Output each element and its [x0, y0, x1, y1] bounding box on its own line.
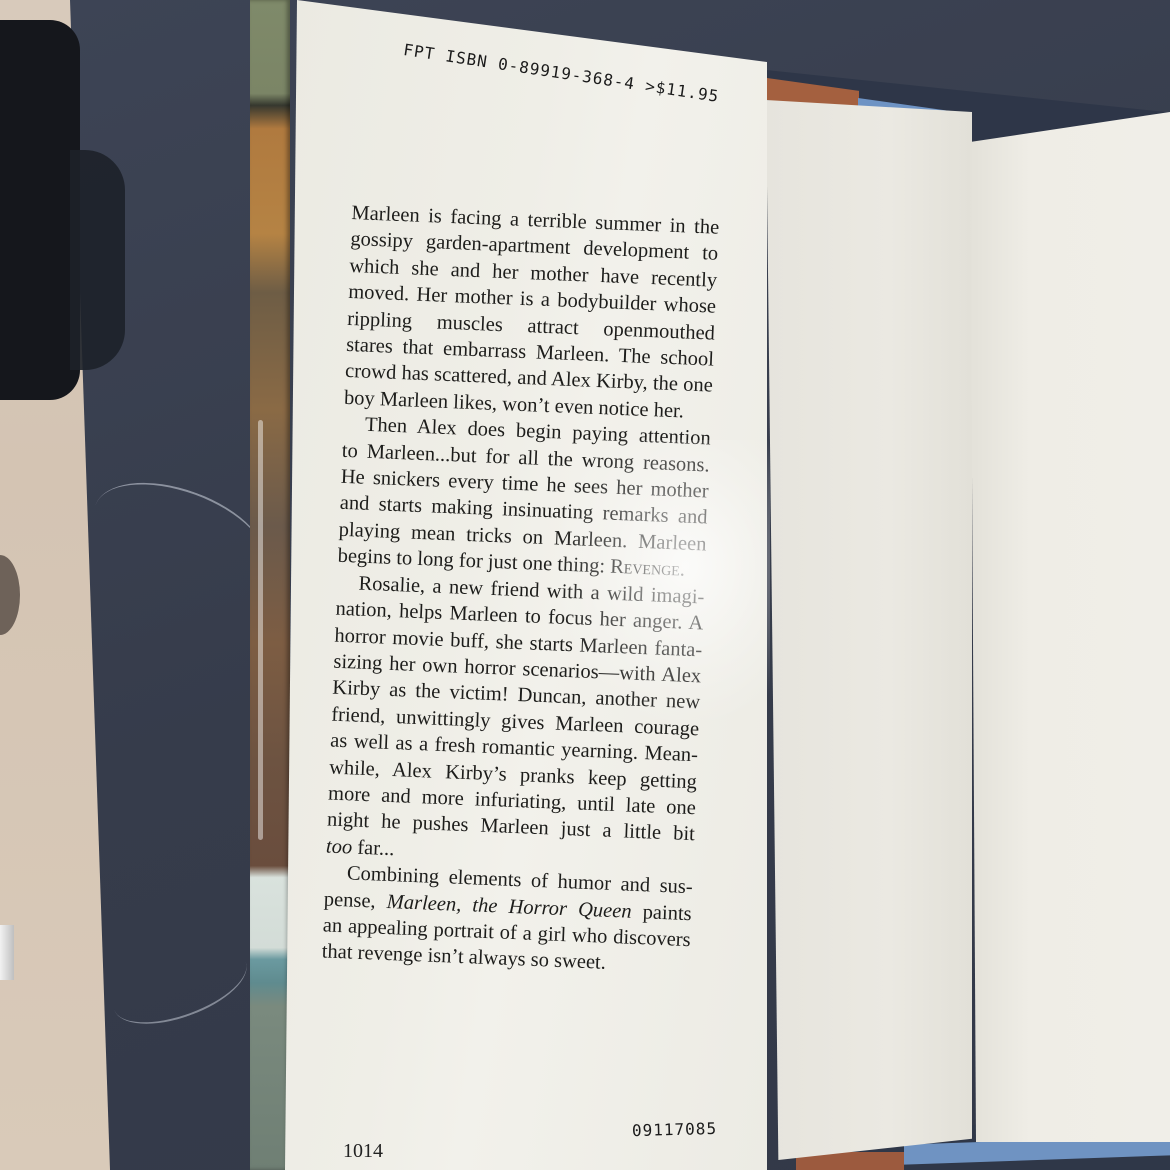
front-endpaper	[766, 100, 972, 1160]
italic-too: too	[326, 835, 353, 858]
blurb-text: pense,	[323, 888, 387, 913]
flap-blurb: Marleen is facing a terrible summer in t…	[321, 200, 719, 980]
flap-stock-code: 09117085	[632, 1119, 718, 1140]
blurb-text: far...	[352, 836, 395, 860]
spine-gloss-highlight	[258, 420, 263, 840]
flap-page-code: 1014	[343, 1140, 383, 1163]
photo-scene: FPT ISBN 0-89919-368-4 >$11.95 Marleen i…	[0, 0, 1170, 1170]
pen-cap-object	[0, 925, 14, 980]
black-clip-shadow	[70, 150, 125, 370]
book-spine-edge	[250, 0, 290, 1170]
black-clip-object	[0, 20, 80, 400]
blurb-text: paints	[631, 900, 692, 924]
free-endpaper	[970, 112, 1170, 1142]
revenge-word: Revenge.	[610, 556, 686, 581]
